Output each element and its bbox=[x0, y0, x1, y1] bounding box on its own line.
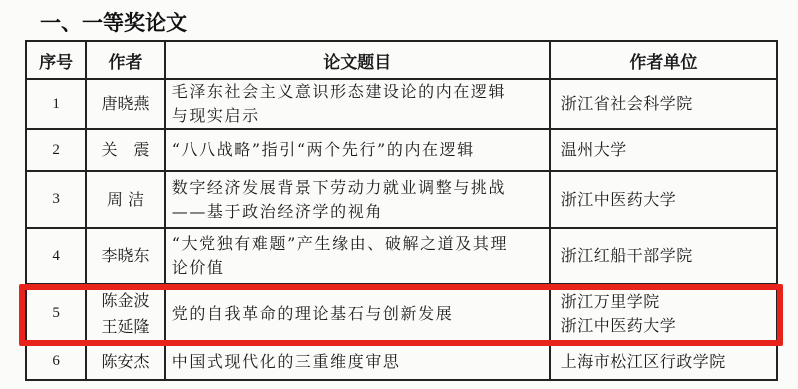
table-row: 4 李晓东 “大党独有难题”产生缘由、破解之道及其理 论价值 浙江红船干部学院 bbox=[26, 228, 777, 284]
title-line: 与现实启示 bbox=[172, 104, 549, 128]
row-no: 3 bbox=[26, 171, 86, 228]
author-name: 陈金波 bbox=[87, 288, 163, 314]
row-no: 2 bbox=[26, 129, 86, 171]
header-no: 序号 bbox=[26, 41, 86, 79]
row-author: 陈安杰 bbox=[86, 343, 164, 380]
unit-name: 浙江万里学院 bbox=[561, 290, 776, 314]
title-line: 论价值 bbox=[172, 256, 549, 280]
title-line: 党的自我革命的理论基石与创新发展 bbox=[172, 302, 549, 326]
row-no: 4 bbox=[26, 228, 86, 284]
table-header-row: 序号 作者 论文题目 作者单位 bbox=[26, 41, 777, 79]
row-no: 1 bbox=[26, 79, 86, 129]
author-name: 唐晓燕 bbox=[87, 91, 163, 117]
section-title: 一、一等奖论文 bbox=[40, 7, 187, 37]
table-row-highlighted: 5 陈金波 王延隆 党的自我革命的理论基石与创新发展 浙江万里学院 浙江中医药大… bbox=[26, 284, 777, 343]
row-unit: 上海市松江区行政学院 bbox=[550, 343, 777, 380]
row-unit: 浙江万里学院 浙江中医药大学 bbox=[550, 284, 777, 343]
author-name: 李晓东 bbox=[87, 243, 163, 269]
unit-name: 浙江中医药大学 bbox=[561, 188, 776, 212]
row-title: 中国式现代化的三重维度审思 bbox=[165, 343, 550, 380]
author-name: 王延隆 bbox=[87, 314, 163, 340]
row-title: 毛泽东社会主义意识形态建设论的内在逻辑 与现实启示 bbox=[165, 79, 550, 129]
unit-name: 浙江中医药大学 bbox=[561, 314, 776, 338]
row-author: 关 震 bbox=[86, 129, 164, 171]
row-unit: 浙江红船干部学院 bbox=[550, 228, 777, 284]
author-name: 周 洁 bbox=[87, 187, 163, 213]
row-author: 唐晓燕 bbox=[86, 79, 164, 129]
header-author: 作者 bbox=[86, 41, 164, 79]
row-title: “大党独有难题”产生缘由、破解之道及其理 论价值 bbox=[165, 228, 550, 284]
table-row: 1 唐晓燕 毛泽东社会主义意识形态建设论的内在逻辑 与现实启示 浙江省社会科学院 bbox=[26, 79, 777, 129]
row-no: 5 bbox=[26, 284, 86, 343]
row-no: 6 bbox=[26, 343, 86, 380]
row-title: 党的自我革命的理论基石与创新发展 bbox=[165, 284, 550, 343]
unit-name: 温州大学 bbox=[561, 138, 776, 162]
table-row: 6 陈安杰 中国式现代化的三重维度审思 上海市松江区行政学院 bbox=[26, 343, 777, 380]
header-title: 论文题目 bbox=[165, 41, 550, 79]
row-unit: 浙江省社会科学院 bbox=[550, 79, 777, 129]
author-name: 陈安杰 bbox=[87, 349, 163, 375]
row-author: 陈金波 王延隆 bbox=[86, 284, 164, 343]
row-author: 李晓东 bbox=[86, 228, 164, 284]
row-unit: 浙江中医药大学 bbox=[550, 171, 777, 228]
row-title: 数字经济发展背景下劳动力就业调整与挑战 ——基于政治经济学的视角 bbox=[165, 171, 550, 228]
row-author: 周 洁 bbox=[86, 171, 164, 228]
row-unit: 温州大学 bbox=[550, 129, 777, 171]
table-row: 2 关 震 “八八战略”指引“两个先行”的内在逻辑 温州大学 bbox=[26, 129, 777, 171]
title-line: 毛泽东社会主义意识形态建设论的内在逻辑 bbox=[172, 80, 549, 104]
author-name: 关 震 bbox=[87, 137, 163, 163]
unit-name: 浙江省社会科学院 bbox=[561, 92, 776, 116]
unit-name: 上海市松江区行政学院 bbox=[561, 350, 776, 374]
title-line: “八八战略”指引“两个先行”的内在逻辑 bbox=[172, 138, 549, 162]
title-line: 中国式现代化的三重维度审思 bbox=[172, 350, 549, 374]
title-line: ——基于政治经济学的视角 bbox=[172, 200, 549, 224]
header-unit: 作者单位 bbox=[550, 41, 777, 79]
table-row: 3 周 洁 数字经济发展背景下劳动力就业调整与挑战 ——基于政治经济学的视角 浙… bbox=[26, 171, 777, 228]
title-line: 数字经济发展背景下劳动力就业调整与挑战 bbox=[172, 176, 549, 200]
row-title: “八八战略”指引“两个先行”的内在逻辑 bbox=[165, 129, 550, 171]
unit-name: 浙江红船干部学院 bbox=[561, 244, 776, 268]
title-line: “大党独有难题”产生缘由、破解之道及其理 bbox=[172, 232, 549, 256]
awards-table: 序号 作者 论文题目 作者单位 1 唐晓燕 毛泽东社会主义意识形态建设论的内在逻… bbox=[25, 40, 778, 381]
